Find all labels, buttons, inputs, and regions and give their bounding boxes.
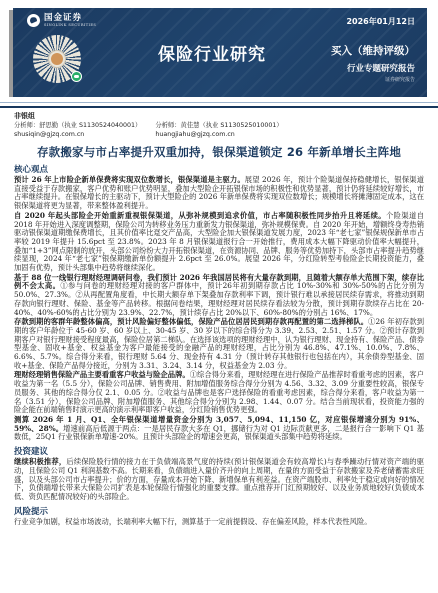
- paragraph-lead: 继续积极推荐，: [14, 457, 66, 466]
- paragraph-text: 行业竞争加剧，权益市场波动，长端利率大幅下行，测算基于一定前提假设、存在偏差风险…: [14, 517, 372, 526]
- report-date: 2026年01月12日: [299, 16, 415, 27]
- paragraph: 预计 26 年上市险企新单保费将实现双位数增长，银保渠道是主驱力。展望 2026…: [14, 176, 424, 211]
- banner-title-area: 保险行业研究: [125, 8, 299, 97]
- report-main-title: 存款搬家与市占率提升双重加持，银保渠道锁定 26 年新单增长主阵地: [14, 144, 424, 160]
- sinolink-logo-icon: [27, 14, 40, 27]
- report-type: 行业专题研究报告: [299, 62, 415, 74]
- banner-background: 国金证券 SINOLINK SECURITIES 保险行业研究 2026年01月…: [13, 8, 427, 97]
- section-heading-core-view: 核心观点: [14, 163, 424, 175]
- report-body: 核心观点 预计 26 年上市险企新单保费将实现双位数增长，银保渠道是主驱力。展望…: [14, 163, 424, 526]
- wechat-icon: [71, 71, 82, 82]
- paragraph-text: 增速前高后低源于两点：一是居民存款大多在 Q1，挪储行为对 Q1 边际贡献更多，…: [14, 424, 424, 442]
- paragraph: 行业竞争加剧，权益市场波动，长端利率大幅下行，测算基于一定前提假设、存在偏差风险…: [14, 518, 424, 527]
- paragraph-lead: 存款到期的客群年龄整体偏高，预计风险偏好整体偏低，保险产品位居居民到期存款再配置…: [14, 317, 368, 326]
- paragraph-text: 后续保险股行情的接力在于负债端高景气度的持续(预计银保渠道会有较高增长)与春季躁…: [14, 457, 424, 501]
- analyst-block: 非银组 分析师：舒思勤（执业 S1130524040001） shusiqin@…: [14, 111, 424, 139]
- analyst-item: 分析师：黄佳慧（执业 S1130525010001） huangjiahu@gj…: [155, 122, 282, 139]
- analyst-email: shusiqin@gjzq.com.cn: [14, 131, 141, 140]
- paragraph: 测算 2026 年 1 月、Q1、全年银保渠道增量资金分别为 3,057、5,0…: [14, 416, 424, 442]
- brand-logo: 国金证券 SINOLINK SECURITIES: [27, 14, 125, 28]
- paragraph: 基于 88 位一线银行理财经理调研问卷，我们预计 2026 年我国居民将有大量存…: [14, 274, 424, 318]
- section-heading-investment-advice: 投资建议: [14, 445, 424, 457]
- banner-title: 保险行业研究: [158, 40, 266, 65]
- wechat-qr-code: [33, 35, 81, 83]
- report-category: 证券研究报告: [299, 76, 415, 83]
- paragraph-lead: 预计 26 年上市险企新单保费将实现双位数增长，银保渠道是主驱力。: [14, 175, 245, 184]
- brand-name-en: SINOLINK SECURITIES: [44, 24, 96, 28]
- qr-center-badge-icon: [51, 53, 63, 65]
- paragraph-lead: 自 2020 年起头部险企开始重新重视银保渠道，从弥补规模到追求价值，市占率随积…: [14, 211, 386, 220]
- paragraph-text: ①26 年初存款到期的客户年龄位于 45-60 岁、60 岁以上、30-45 岁…: [14, 317, 424, 370]
- paragraph-text: 个险渠道自 2018 年开始进入深度调整期，保险公司为转移业务压力重新发力银保渠…: [14, 211, 424, 272]
- banner-meta-area: 2026年01月12日 买入（维持评级） 行业专题研究报告 证券研究报告: [299, 8, 427, 97]
- paragraph: 存款到期的客群年龄整体偏高，预计风险偏好整体偏低，保险产品位居居民到期存款再配置…: [14, 318, 424, 370]
- analyst-row: 分析师：舒思勤（执业 S1130524040001） shusiqin@gjzq…: [14, 122, 424, 139]
- banner-brand-area: 国金证券 SINOLINK SECURITIES: [13, 8, 125, 97]
- paragraph: 理财经理销售保险产品主要看重客户收益与险企品牌。①综合得分来看，理财经理在进行保…: [14, 371, 424, 415]
- analyst-name: 分析师：黄佳慧（执业 S1130525010001）: [155, 122, 282, 131]
- header-divider: [0, 102, 438, 108]
- analyst-name: 分析师：舒思勤（执业 S1130524040001）: [14, 122, 141, 131]
- brand-name-cn: 国金证券: [44, 14, 96, 23]
- analyst-item: 分析师：舒思勤（执业 S1130524040001） shusiqin@gjzq…: [14, 122, 141, 139]
- analyst-email: huangjiahu@gjzq.com.cn: [155, 131, 282, 140]
- paragraph-text: ①参与问卷的理财经理对接的客户群体中，预计26年初到期存款占比 10%-30%和…: [14, 281, 424, 316]
- paragraph-lead: 理财经理销售保险产品主要看重客户收益与险企品牌。: [14, 370, 190, 379]
- report-page: 国金证券 SINOLINK SECURITIES 保险行业研究 2026年01月…: [0, 8, 438, 593]
- rating-badge: 买入（维持评级）: [299, 43, 415, 58]
- paragraph: 自 2020 年起头部险企开始重新重视银保渠道，从弥补规模到追求价值，市占率随积…: [14, 212, 424, 273]
- report-banner: 国金证券 SINOLINK SECURITIES 保险行业研究 2026年01月…: [9, 8, 427, 97]
- section-heading-risk-warning: 风险提示: [14, 505, 424, 517]
- paragraph: 继续积极推荐，后续保险股行情的接力在于负债端高景气度的持续(预计银保渠道会有较高…: [14, 458, 424, 502]
- brand-name: 国金证券 SINOLINK SECURITIES: [44, 14, 96, 28]
- analyst-group: 非银组: [14, 111, 424, 121]
